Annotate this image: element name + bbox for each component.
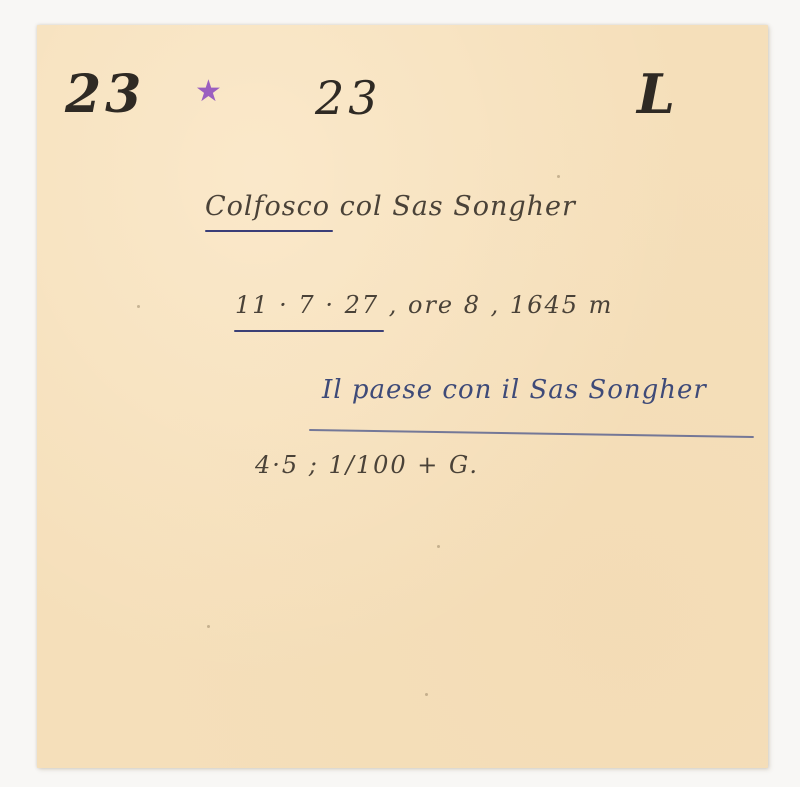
paper-speck xyxy=(425,693,428,696)
purple-star-icon: ★ xyxy=(195,77,222,107)
paper-speck xyxy=(137,305,140,308)
series-letter: L xyxy=(637,67,679,121)
description-line: Il paese con il Sas Songher xyxy=(322,377,707,403)
date-time-altitude-line: 11 · 7 · 27 , ore 8 , 1645 m xyxy=(235,293,613,317)
description-underline xyxy=(309,429,754,438)
catalog-number-middle: 23 xyxy=(315,75,382,121)
scan-background: 23 ★ 23 L Colfosco col Sas Songher 11 · … xyxy=(0,0,800,787)
catalog-number-left: 23 xyxy=(65,69,145,121)
paper-speck xyxy=(557,175,560,178)
paper-speck xyxy=(207,625,210,628)
place-underline xyxy=(205,230,333,232)
paper-envelope: 23 ★ 23 L Colfosco col Sas Songher 11 · … xyxy=(37,25,768,768)
place-line: Colfosco col Sas Songher xyxy=(205,193,576,220)
exposure-settings-line: 4·5 ; 1/100 + G. xyxy=(255,453,479,477)
date-underline xyxy=(234,330,384,332)
paper-speck xyxy=(437,545,440,548)
